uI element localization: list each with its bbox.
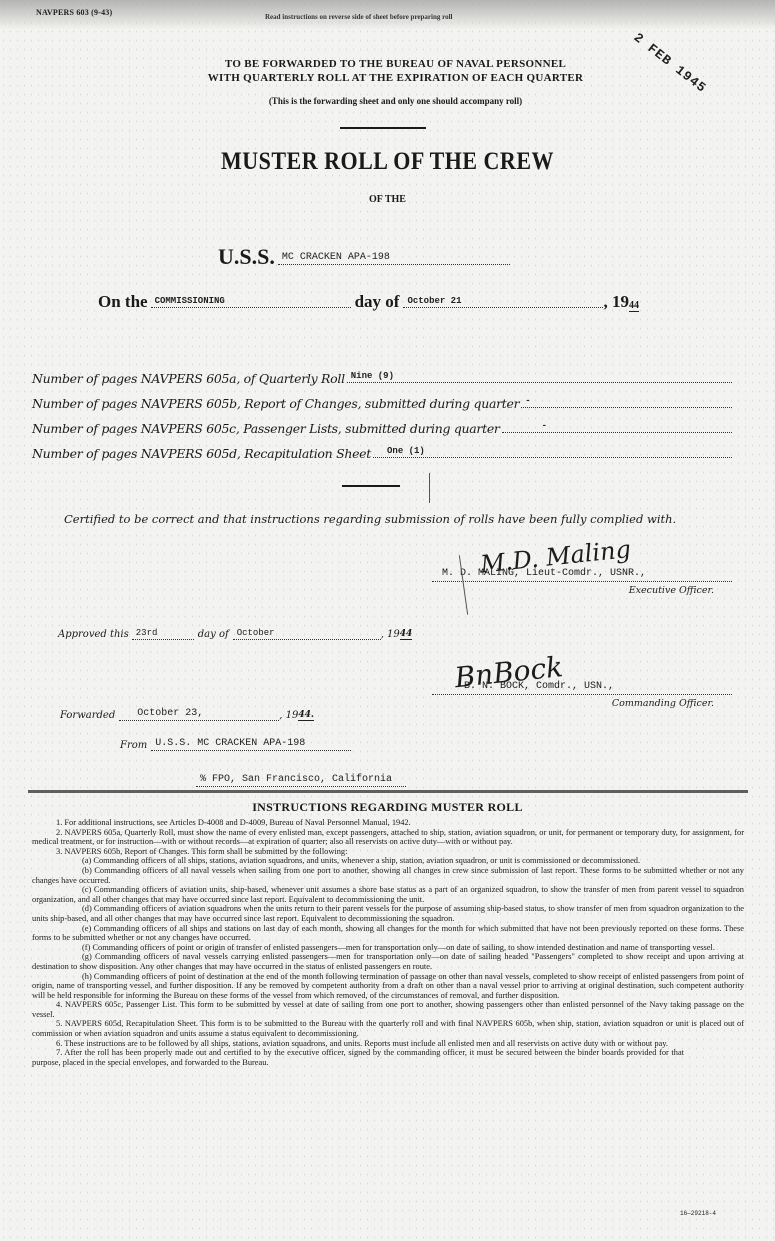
- from-row: From U.S.S. MC CRACKEN APA-198: [120, 738, 351, 751]
- instruction-item: 2. NAVPERS 605a, Quarterly Roll, must sh…: [32, 828, 744, 847]
- page-count-list: Number of pages NAVPERS 605a, of Quarter…: [32, 361, 732, 461]
- instruction-subitem: (h) Commanding officers of point of dest…: [32, 972, 744, 1001]
- page-count-605a-field[interactable]: Nine (9): [347, 371, 732, 383]
- page-count-605b: Number of pages NAVPERS 605b, Report of …: [32, 386, 732, 411]
- year-prefix: , 19: [603, 292, 629, 312]
- page-count-label: Number of pages NAVPERS 605a, of Quarter…: [32, 371, 345, 386]
- commanding-officer-signature-block: BnBock B. N. BOCK, Comdr., USN., Command…: [432, 648, 732, 709]
- print-code: 16—29218-4: [680, 1210, 716, 1217]
- page-title: MUSTER ROLL OF THE CREW: [0, 146, 775, 176]
- instruction-item: 5. NAVPERS 605d, Recapitulation Sheet. T…: [32, 1019, 744, 1038]
- pen-mark: [429, 473, 430, 503]
- instructions-body: 1. For additional instructions, see Arti…: [32, 818, 744, 1067]
- page-count-605d: Number of pages NAVPERS 605d, Recapitula…: [32, 436, 732, 461]
- instruction-item: 4. NAVPERS 605c, Passenger List. This fo…: [32, 1000, 744, 1019]
- instruction-item: 1. For additional instructions, see Arti…: [32, 818, 744, 828]
- page-count-label: Number of pages NAVPERS 605d, Recapitula…: [32, 446, 371, 461]
- executive-officer-title: Executive Officer.: [432, 585, 732, 596]
- instruction-subitem: (c) Commanding officers of aviation unit…: [32, 885, 744, 904]
- divider-rule: [342, 485, 400, 487]
- ship-name-row: U.S.S. MC CRACKEN APA-198: [218, 244, 510, 270]
- muster-roll-document: NAVPERS 603 (9-43) Read instructions on …: [0, 0, 775, 1241]
- certification-statement: Certified to be correct and that instruc…: [28, 510, 748, 529]
- approval-year-field[interactable]: 44: [400, 629, 413, 640]
- instruction-subitem: (f) Commanding officers of point or orig…: [32, 943, 744, 953]
- approval-row: Approved this 23rd day of October , 19 4…: [58, 628, 412, 640]
- forwarding-note: (This is the forwarding sheet and only o…: [8, 96, 775, 106]
- page-count-605b-field[interactable]: -: [521, 396, 732, 408]
- forwarded-date-field[interactable]: October 23,: [119, 708, 279, 721]
- instructions-title: INSTRUCTIONS REGARDING MUSTER ROLL: [0, 800, 775, 815]
- instruction-item: 3. NAVPERS 605b, Report of Changes. This…: [32, 847, 744, 857]
- instruction-subitem: (a) Commanding officers of all ships, st…: [32, 856, 744, 866]
- read-instructions-note: Read instructions on reverse side of she…: [265, 13, 453, 21]
- instruction-item: 7. After the roll has been properly made…: [32, 1048, 744, 1067]
- address-row: % FPO, San Francisco, California: [196, 768, 406, 787]
- forwarding-heading-line2: WITH QUARTERLY ROLL AT THE EXPIRATION OF…: [8, 72, 775, 84]
- occasion-year-field[interactable]: 44: [629, 300, 639, 312]
- uss-label: U.S.S.: [218, 244, 275, 270]
- instruction-subitem: (g) Commanding officers of naval vessels…: [32, 952, 744, 971]
- from-address-field[interactable]: % FPO, San Francisco, California: [196, 774, 406, 787]
- forwarded-row: Forwarded October 23, , 19 44.: [60, 708, 314, 721]
- divider-rule: [340, 127, 426, 129]
- page-count-label: Number of pages NAVPERS 605c, Passenger …: [32, 421, 500, 436]
- instruction-item: 6. These instructions are to be followed…: [32, 1039, 744, 1049]
- commanding-officer-title: Commanding Officer.: [432, 698, 732, 709]
- forwarding-heading-line1: TO BE FORWARDED TO THE BUREAU OF NAVAL P…: [8, 58, 775, 70]
- form-id: NAVPERS 603 (9-43): [36, 8, 112, 17]
- page-count-605a: Number of pages NAVPERS 605a, of Quarter…: [32, 361, 732, 386]
- instruction-subitem: (e) Commanding officers of all ships and…: [32, 924, 744, 943]
- year-prefix: , 19: [279, 710, 298, 721]
- occasion-date-field[interactable]: October 21: [403, 296, 603, 308]
- year-prefix: , 19: [381, 629, 400, 640]
- of-the-label: OF THE: [0, 194, 775, 205]
- approval-month-field[interactable]: October: [233, 628, 381, 640]
- day-of-label: day of: [198, 629, 229, 640]
- from-label: From: [120, 740, 147, 751]
- occasion-row: On the COMMISSIONING day of October 21 ,…: [98, 292, 639, 312]
- instruction-subitem: (b) Commanding officers of all naval ves…: [32, 866, 744, 885]
- forwarded-label: Forwarded: [60, 710, 115, 721]
- approved-this-label: Approved this: [58, 629, 129, 640]
- page-count-605c-field[interactable]: -: [502, 421, 732, 433]
- approval-day-field[interactable]: 23rd: [132, 628, 194, 640]
- instruction-subitem: (d) Commanding officers of aviation squa…: [32, 904, 744, 923]
- occasion-field[interactable]: COMMISSIONING: [151, 296, 351, 308]
- ship-name-field[interactable]: MC CRACKEN APA-198: [278, 252, 510, 265]
- page-count-605c: Number of pages NAVPERS 605c, Passenger …: [32, 411, 732, 436]
- executive-officer-signature-block: M.D. Maling M. D. MALING, Lieut-Comdr., …: [432, 540, 732, 596]
- day-of-label: day of: [355, 292, 400, 312]
- forwarded-year-field[interactable]: 44.: [298, 710, 314, 721]
- section-divider: [28, 790, 748, 793]
- from-ship-field[interactable]: U.S.S. MC CRACKEN APA-198: [151, 738, 351, 751]
- page-count-label: Number of pages NAVPERS 605b, Report of …: [32, 396, 519, 411]
- page-count-605d-field[interactable]: One (1): [373, 446, 732, 458]
- on-the-label: On the: [98, 292, 148, 312]
